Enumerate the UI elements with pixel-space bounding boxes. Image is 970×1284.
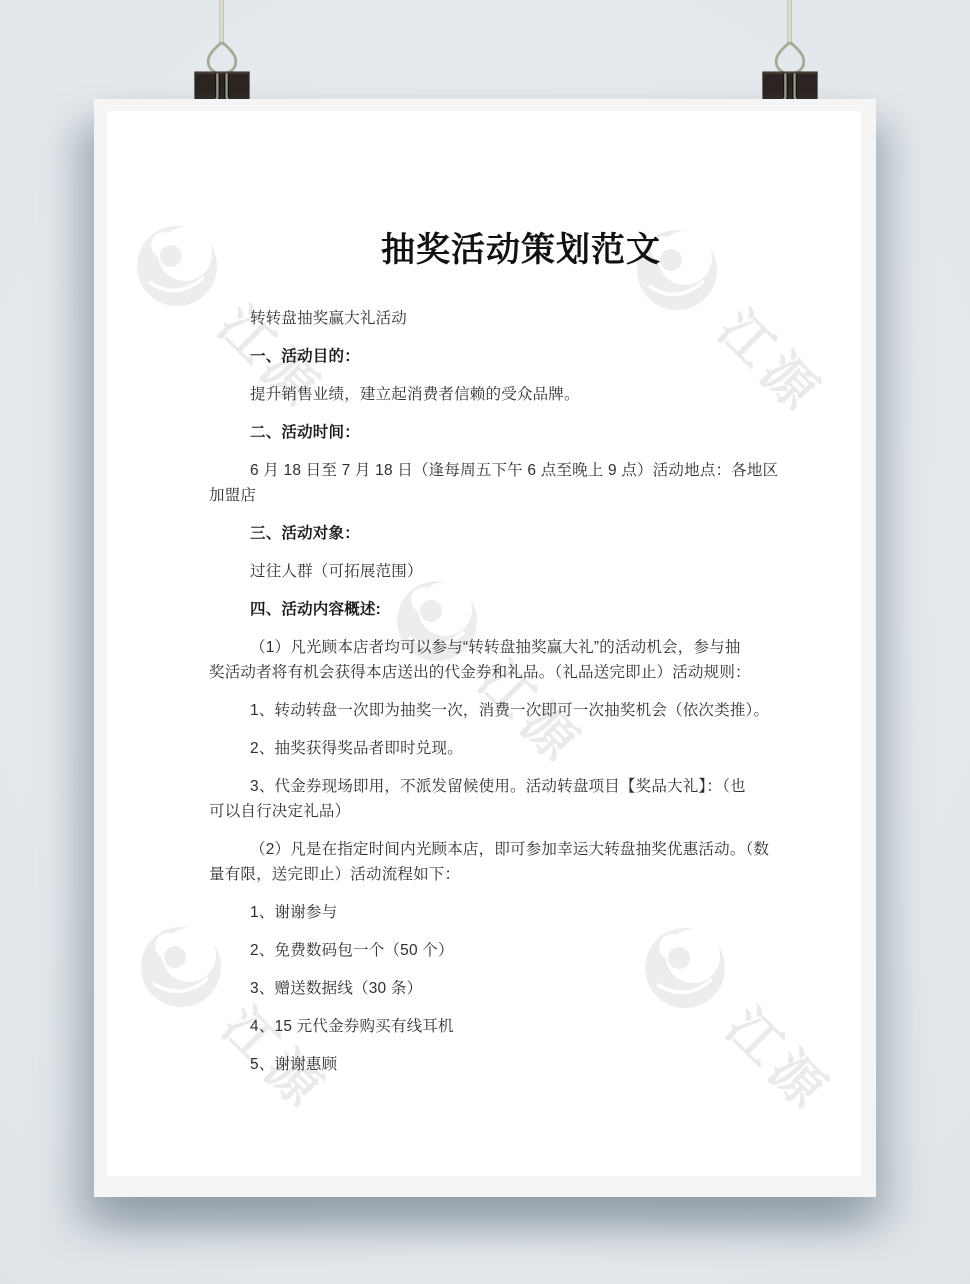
- watermark-logo-icon: [135, 224, 219, 308]
- poster-mockup: 江源 江源 江源: [0, 0, 970, 1284]
- paragraph: 6 月 18 日至 7 月 18 日（逢每周五下午 6 点至晚上 9 点）活动地…: [209, 458, 833, 508]
- paragraph: 转转盘抽奖赢大礼活动: [209, 306, 833, 331]
- paragraph: 1、谢谢参与: [209, 900, 833, 925]
- document-body: 转转盘抽奖赢大礼活动一、活动目的：提升销售业绩，建立起消费者信赖的受众品牌。二、…: [209, 306, 833, 1077]
- document-title: 抽奖活动策划范文: [209, 228, 833, 272]
- hanging-string-right: [787, 0, 792, 46]
- paragraph: 提升销售业绩，建立起消费者信赖的受众品牌。: [209, 382, 833, 407]
- paragraph: 5、谢谢惠顾: [209, 1052, 833, 1077]
- document-content: 抽奖活动策划范文 转转盘抽奖赢大礼活动一、活动目的：提升销售业绩，建立起消费者信…: [209, 228, 833, 1090]
- paragraph: 3、赠送数据线（30 条）: [209, 976, 833, 1001]
- paragraph: 2、免费数码包一个（50 个）: [209, 938, 833, 963]
- paper-sheet: 江源 江源 江源: [94, 99, 876, 1197]
- paragraph: 4、15 元代金券购买有线耳机: [209, 1014, 833, 1039]
- hanging-string-left: [219, 0, 224, 46]
- section-heading: 二、活动时间：: [209, 420, 833, 445]
- section-heading: 四、活动内容概述:: [209, 597, 833, 622]
- section-heading: 一、活动目的：: [209, 344, 833, 369]
- paragraph: 过往人群（可拓展范围）: [209, 559, 833, 584]
- section-heading: 三、活动对象：: [209, 521, 833, 546]
- paragraph: （1）凡光顾本店者均可以参与“转转盘抽奖赢大礼”的活动机会，参与抽奖活动者将有机…: [209, 635, 833, 685]
- document-page: 江源 江源 江源: [107, 111, 861, 1176]
- paragraph: 2、抽奖获得奖品者即时兑现。: [209, 736, 833, 761]
- paragraph: 3、代金券现场即用，不派发留候使用。活动转盘项目【奖品大礼】：（也可以自行决定礼…: [209, 774, 833, 824]
- paragraph: （2）凡是在指定时间内光顾本店，即可参加幸运大转盘抽奖优惠活动。（数量有限，送完…: [209, 837, 833, 887]
- paragraph: 1、转动转盘一次即为抽奖一次，消费一次即可一次抽奖机会（依次类推）。: [209, 698, 833, 723]
